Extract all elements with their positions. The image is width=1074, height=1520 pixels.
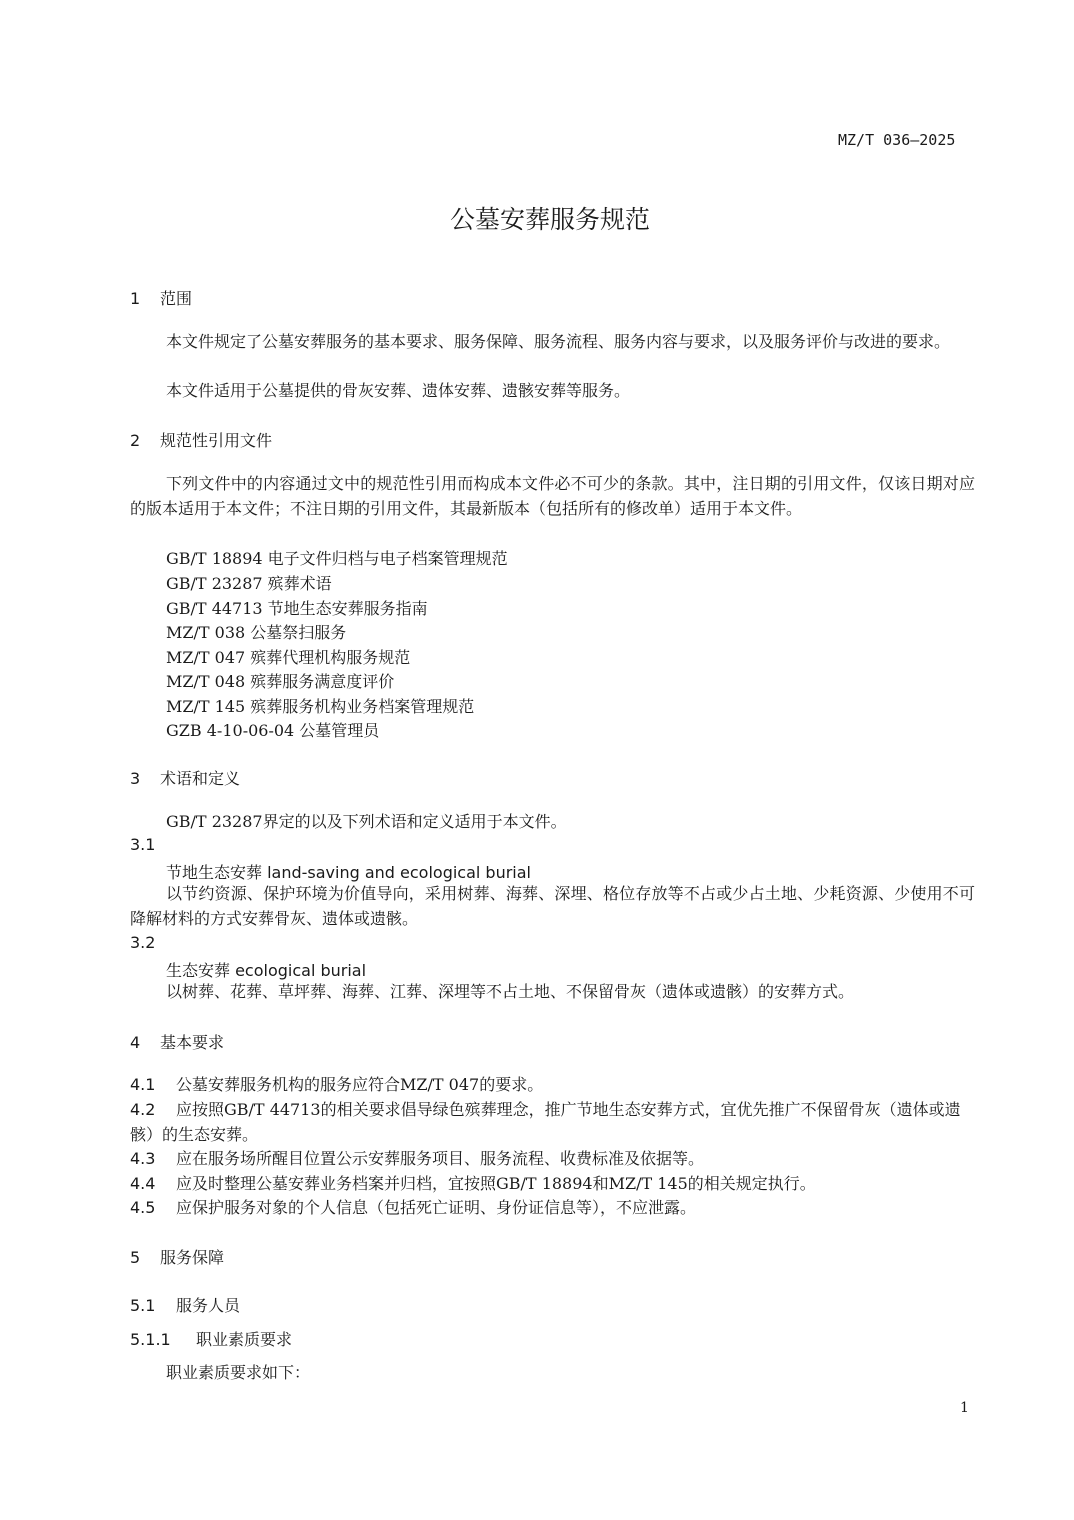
reference-item: GB/T 23287 殡葬术语 xyxy=(166,571,332,594)
clause-4-5: 4.5应保护服务对象的个人信息（包括死亡证明、身份证信息等），不应泄露。 xyxy=(130,1196,975,1221)
term-title: 节地生态安葬 land-saving and ecological burial xyxy=(166,860,531,883)
clause-4-2: 4.2应按照GB/T 44713的相关要求倡导绿色殡葬理念，推广节地生态安葬方式… xyxy=(130,1098,975,1147)
document-title: 公墓安葬服务规范 xyxy=(0,200,1074,236)
reference-item: MZ/T 047 殡葬代理机构服务规范 xyxy=(166,645,410,668)
clause-4-1: 4.1公墓安葬服务机构的服务应符合MZ/T 047的要求。 xyxy=(130,1073,975,1098)
term-definition: 以节约资源、保护环境为价值导向，采用树葬、海葬、深埋、格位存放等不占或少占土地、… xyxy=(130,882,975,931)
section-heading-3: 3术语和定义 xyxy=(130,766,240,789)
subsection-heading-5-1: 5.1服务人员 xyxy=(130,1293,240,1316)
subsection-heading-5-1-1: 5.1.1职业素质要求 xyxy=(130,1327,292,1350)
clause-4-3: 4.3应在服务场所醒目位置公示安葬服务项目、服务流程、收费标准及依据等。 xyxy=(130,1147,975,1172)
paragraph: 本文件适用于公墓提供的骨灰安葬、遗体安葬、遗骸安葬等服务。 xyxy=(130,379,975,404)
paragraph: 下列文件中的内容通过文中的规范性引用而构成本文件必不可少的条款。其中，注日期的引… xyxy=(130,472,975,521)
paragraph: GB/T 23287界定的以及下列术语和定义适用于本文件。 xyxy=(166,810,567,835)
reference-item: MZ/T 038 公墓祭扫服务 xyxy=(166,620,346,643)
term-number: 3.1 xyxy=(130,835,155,854)
paragraph: 职业素质要求如下： xyxy=(166,1361,310,1386)
paragraph: 本文件规定了公墓安葬服务的基本要求、服务保障、服务流程、服务内容与要求，以及服务… xyxy=(130,330,975,355)
section-heading-1: 1范围 xyxy=(130,286,192,309)
reference-item: GB/T 44713 节地生态安葬服务指南 xyxy=(166,596,428,619)
term-number: 3.2 xyxy=(130,933,155,952)
term-title: 生态安葬 ecological burial xyxy=(166,958,366,981)
reference-item: MZ/T 145 殡葬服务机构业务档案管理规范 xyxy=(166,694,474,717)
reference-item: GZB 4-10-06-04 公墓管理员 xyxy=(166,718,379,741)
clause-4-4: 4.4应及时整理公墓安葬业务档案并归档，宜按照GB/T 18894和MZ/T 1… xyxy=(130,1172,975,1197)
reference-item: GB/T 18894 电子文件归档与电子档案管理规范 xyxy=(166,546,508,569)
section-heading-2: 2规范性引用文件 xyxy=(130,428,272,451)
term-definition: 以树葬、花葬、草坪葬、海葬、江葬、深埋等不占土地、不保留骨灰（遗体或遗骸）的安葬… xyxy=(130,980,975,1005)
standard-number: MZ/T 036—2025 xyxy=(838,131,955,149)
section-heading-5: 5服务保障 xyxy=(130,1245,224,1268)
page-number: 1 xyxy=(960,1400,969,1416)
section-heading-4: 4基本要求 xyxy=(130,1030,224,1053)
reference-item: MZ/T 048 殡葬服务满意度评价 xyxy=(166,669,394,692)
